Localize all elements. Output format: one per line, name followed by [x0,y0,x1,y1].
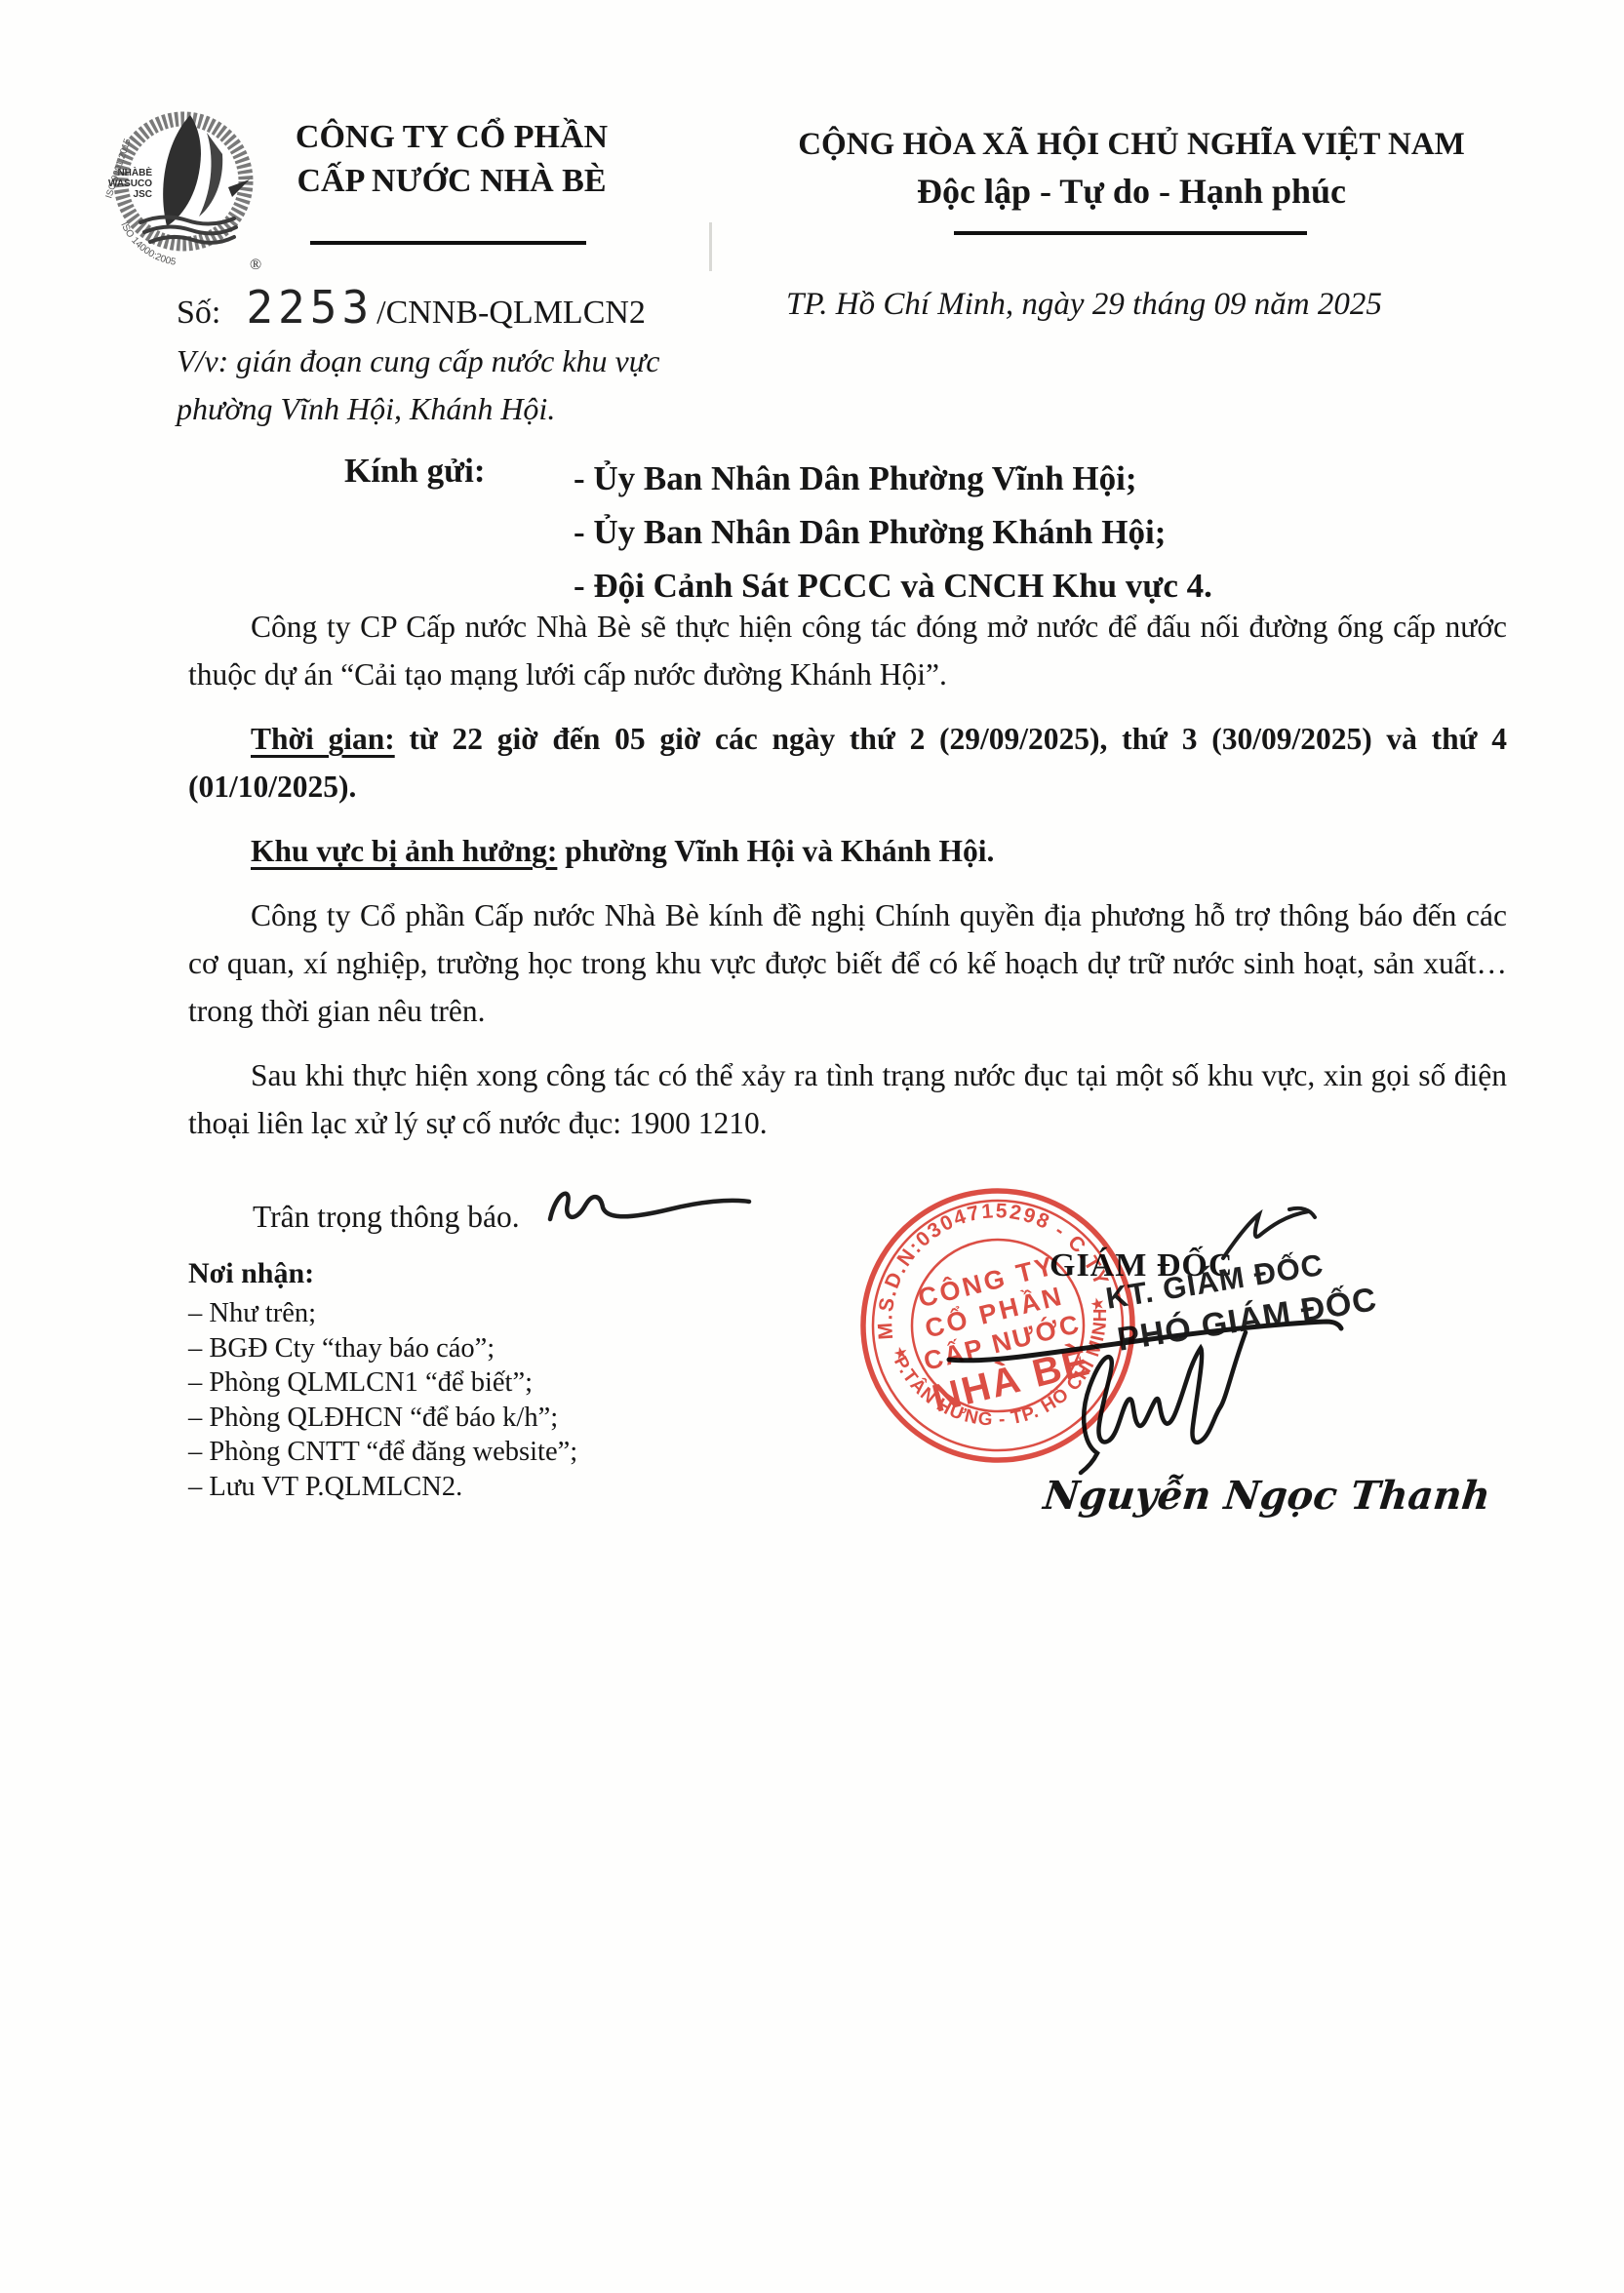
letter-body: Công ty CP Cấp nước Nhà Bè sẽ thực hiện … [188,603,1507,1164]
company-divider [310,241,586,245]
registered-mark: ® [250,257,261,273]
handwritten-initial-icon [542,1176,757,1237]
recipients-list: - Ủy Ban Nhân Dân Phường Vĩnh Hội; - Ủy … [574,452,1212,613]
doc-number-stamped: 2253 [246,281,374,334]
scanned-official-letter: NHÀBÈ WASUCO JSC ISO 9001:2015 ISO 14000… [0,0,1624,2293]
stamp-star-left: ★ [891,1342,910,1364]
doc-number-suffix: /CNNB-QLMLCN2 [376,295,646,332]
national-motto-block: CỘNG HÒA XÃ HỘI CHỦ NGHĨA VIỆT NAM Độc l… [761,125,1502,213]
company-name-line1: CÔNG TY CỔ PHẦN [281,115,622,159]
doc-number-label: Số: [177,295,220,332]
stamp-star-right: ★ [1089,1293,1107,1315]
distribution-item: – Phòng QLĐHCN “để báo k/h”; [188,1401,577,1436]
paragraph-area: Khu vực bị ảnh hưởng: phường Vĩnh Hội và… [188,827,1507,875]
recipient-item: - Ủy Ban Nhân Dân Phường Vĩnh Hội; [574,452,1212,505]
distribution-label: Nơi nhận: [188,1256,577,1291]
distribution-item: – Phòng QLMLCN1 “để biết”; [188,1365,577,1401]
subject-line: V/v: gián đoạn cung cấp nước khu vực phư… [177,337,801,433]
national-title: CỘNG HÒA XÃ HỘI CHỦ NGHĨA VIỆT NAM [761,125,1502,164]
place-date-line: TP. Hồ Chí Minh, ngày 29 tháng 09 năm 20… [786,287,1469,323]
doc-number-line: Số: 2253 /CNNB-QLMLCN2 [177,281,646,334]
company-logo: NHÀBÈ WASUCO JSC ISO 9001:2015 ISO 14000… [90,98,277,289]
motto-divider [954,231,1307,235]
paragraph-hotline: Sau khi thực hiện xong công tác có thể x… [188,1051,1507,1147]
distribution-item: – Phòng CNTT “để đăng website”; [188,1435,577,1470]
distribution-item: – Như trên; [188,1296,577,1331]
company-name-line2: CẤP NƯỚC NHÀ BÈ [281,159,622,203]
distribution-item: – Lưu VT P.QLMLCN2. [188,1470,577,1505]
recipients-label: Kính gửi: [344,452,486,491]
paragraph-request: Công ty Cổ phần Cấp nước Nhà Bè kính đề … [188,891,1507,1035]
distribution-list: – Như trên; – BGĐ Cty “thay báo cáo”; – … [188,1296,577,1504]
closing-line: Trân trọng thông báo. [253,1200,520,1235]
area-label: Khu vực bị ảnh hưởng: [251,834,557,868]
scan-artifact [709,222,712,271]
distribution-block: Nơi nhận: – Như trên; – BGĐ Cty “thay bá… [188,1256,577,1504]
distribution-item: – BGĐ Cty “thay báo cáo”; [188,1331,577,1366]
paragraph-time: Thời gian: từ 22 giờ đến 05 giờ các ngày… [188,715,1507,810]
paragraph-announcement: Công ty CP Cấp nước Nhà Bè sẽ thực hiện … [188,603,1507,698]
svg-text:JSC: JSC [134,189,152,200]
national-motto: Độc lập - Tự do - Hạnh phúc [761,170,1502,213]
time-label: Thời gian: [251,722,395,756]
company-red-stamp: M.S.D.N:0304715298 - C.TY P.TÂN HƯNG - T… [851,1178,1145,1473]
recipient-item: - Ủy Ban Nhân Dân Phường Khánh Hội; [574,505,1212,559]
signer-name: Nguyễn Ngọc Thanh [1042,1473,1417,1519]
company-name-block: CÔNG TY CỔ PHẦN CẤP NƯỚC NHÀ BÈ [281,115,622,203]
